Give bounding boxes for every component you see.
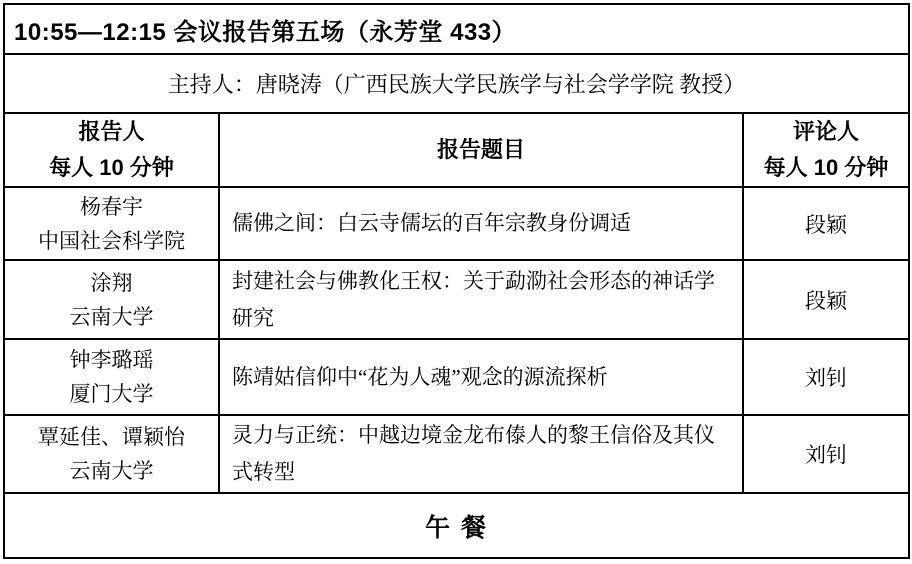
commenter-cell: 段颖 xyxy=(743,187,909,260)
col-header-commenter-line1: 评论人 xyxy=(744,114,908,150)
session-schedule-table: 10:55—12:15 会议报告第五场（永芳堂 433） 主持人：唐晓涛（广西民… xyxy=(3,3,910,559)
presenter-affiliation: 云南大学 xyxy=(5,300,218,334)
presenter-cell: 覃延佳、谭颖怡 云南大学 xyxy=(4,415,219,493)
lunch-label: 午 餐 xyxy=(4,493,909,558)
session-title-row: 10:55—12:15 会议报告第五场（永芳堂 433） xyxy=(4,4,909,54)
col-header-presenter: 报告人 每人 10 分钟 xyxy=(4,113,219,187)
col-header-commenter: 评论人 每人 10 分钟 xyxy=(743,113,909,187)
col-header-topic: 报告题目 xyxy=(219,113,743,187)
presenter-name: 覃延佳、谭颖怡 xyxy=(5,420,218,454)
table-row: 覃延佳、谭颖怡 云南大学 灵力与正统：中越边境金龙布傣人的黎王信俗及其仪式转型 … xyxy=(4,415,909,493)
presenter-name: 钟李璐瑶 xyxy=(5,343,218,377)
topic-cell: 儒佛之间：白云寺儒坛的百年宗教身份调适 xyxy=(219,187,743,260)
presenter-affiliation: 云南大学 xyxy=(5,454,218,488)
col-header-presenter-line1: 报告人 xyxy=(5,114,218,150)
table-row: 钟李璐瑶 厦门大学 陈靖姑信仰中“花为人魂”观念的源流探析 刘钊 xyxy=(4,339,909,415)
session-chair: 主持人：唐晓涛（广西民族大学民族学与社会学学院 教授） xyxy=(4,54,909,113)
presenter-cell: 钟李璐瑶 厦门大学 xyxy=(4,339,219,415)
col-header-commenter-line2: 每人 10 分钟 xyxy=(744,150,908,186)
presenter-affiliation: 中国社会科学院 xyxy=(5,224,218,258)
topic-cell: 灵力与正统：中越边境金龙布傣人的黎王信俗及其仪式转型 xyxy=(219,415,743,493)
commenter-cell: 刘钊 xyxy=(743,339,909,415)
topic-cell: 陈靖姑信仰中“花为人魂”观念的源流探析 xyxy=(219,339,743,415)
presenter-cell: 杨春宇 中国社会科学院 xyxy=(4,187,219,260)
presenter-cell: 涂翔 云南大学 xyxy=(4,260,219,339)
lunch-row: 午 餐 xyxy=(4,493,909,558)
table-row: 涂翔 云南大学 封建社会与佛教化王权：关于勐泐社会形态的神话学研究 段颖 xyxy=(4,260,909,339)
presenter-name: 杨春宇 xyxy=(5,190,218,224)
presenter-affiliation: 厦门大学 xyxy=(5,377,218,411)
conference-schedule-page: 10:55—12:15 会议报告第五场（永芳堂 433） 主持人：唐晓涛（广西民… xyxy=(0,0,912,564)
commenter-cell: 刘钊 xyxy=(743,415,909,493)
col-header-presenter-line2: 每人 10 分钟 xyxy=(5,150,218,186)
column-header-row: 报告人 每人 10 分钟 报告题目 评论人 每人 10 分钟 xyxy=(4,113,909,187)
session-chair-row: 主持人：唐晓涛（广西民族大学民族学与社会学学院 教授） xyxy=(4,54,909,113)
presenter-name: 涂翔 xyxy=(5,266,218,300)
table-row: 杨春宇 中国社会科学院 儒佛之间：白云寺儒坛的百年宗教身份调适 段颖 xyxy=(4,187,909,260)
session-title: 10:55—12:15 会议报告第五场（永芳堂 433） xyxy=(4,4,909,54)
topic-cell: 封建社会与佛教化王权：关于勐泐社会形态的神话学研究 xyxy=(219,260,743,339)
commenter-cell: 段颖 xyxy=(743,260,909,339)
